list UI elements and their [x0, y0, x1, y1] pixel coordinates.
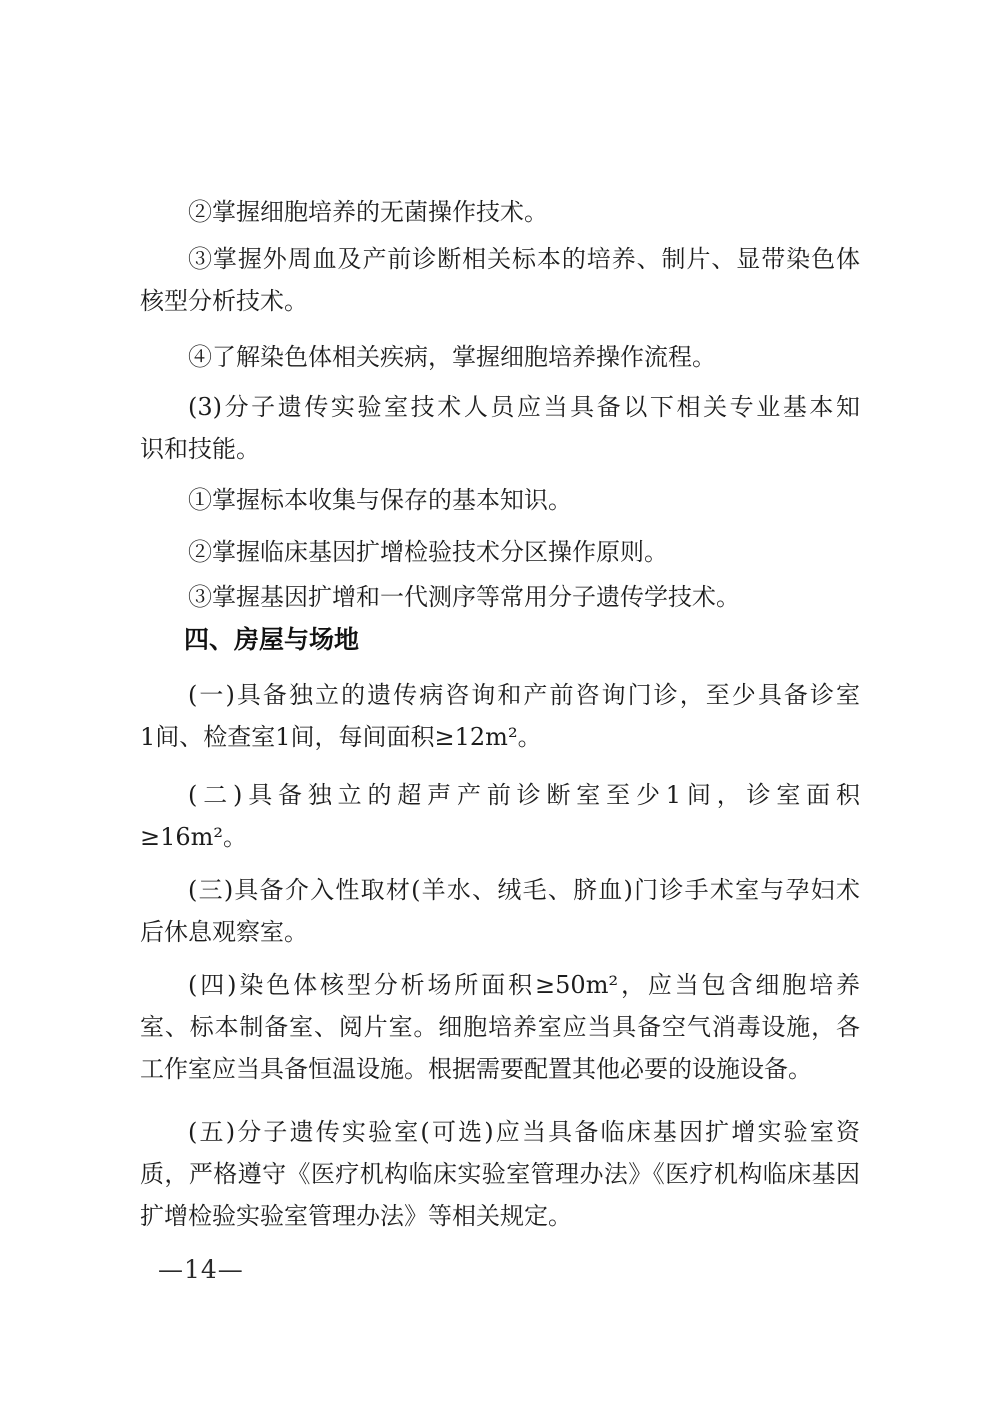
- text-line: (3)分子遗传实验室技术人员应当具备以下相关专业基本知: [140, 386, 860, 428]
- text-line: 扩增检验实验室管理办法》等相关规定。: [140, 1195, 860, 1237]
- text-line: 核型分析技术。: [140, 280, 860, 322]
- text-line: ④了解染色体相关疾病，掌握细胞培养操作流程。: [140, 336, 860, 378]
- section-heading-text: 四、房屋与场地: [140, 619, 860, 661]
- text-line: 识和技能。: [140, 428, 860, 470]
- para-interventional-sampling-room: (三)具备介入性取材(羊水、绒毛、脐血)门诊手术室与孕妇术 后休息观察室。: [140, 869, 860, 953]
- document-body: ②掌握细胞培养的无菌操作技术。 ③掌握外周血及产前诊断相关标本的培养、制片、显带…: [140, 191, 860, 1237]
- para-molecular-lab-staff: (3)分子遗传实验室技术人员应当具备以下相关专业基本知 识和技能。: [140, 386, 860, 470]
- text-line: (二)具备独立的超声产前诊断室至少1间，诊室面积: [140, 774, 860, 816]
- text-line: (五)分子遗传实验室(可选)应当具备临床基因扩增实验室资: [140, 1111, 860, 1153]
- text-line: ③掌握外周血及产前诊断相关标本的培养、制片、显带染色体: [140, 238, 860, 280]
- para-pcr-zoning-rules: ②掌握临床基因扩增检验技术分区操作原则。: [140, 531, 860, 573]
- text-line: ②掌握细胞培养的无菌操作技术。: [140, 191, 860, 233]
- text-line: ①掌握标本收集与保存的基本知识。: [140, 479, 860, 521]
- text-line: 后休息观察室。: [140, 911, 860, 953]
- document-page: ②掌握细胞培养的无菌操作技术。 ③掌握外周血及产前诊断相关标本的培养、制片、显带…: [0, 0, 1000, 1414]
- para-ultrasound-diagnosis-room: (二)具备独立的超声产前诊断室至少1间，诊室面积 ≥16m²。: [140, 774, 860, 858]
- para-specimen-collection: ①掌握标本收集与保存的基本知识。: [140, 479, 860, 521]
- text-line: (四)染色体核型分析场所面积≥50m²，应当包含细胞培养: [140, 964, 860, 1006]
- heading-housing-and-site: 四、房屋与场地: [140, 619, 860, 661]
- text-line: 1间、检查室1间，每间面积≥12m²。: [140, 716, 860, 758]
- text-line: 室、标本制备室、阅片室。细胞培养室应当具备空气消毒设施，各: [140, 1006, 860, 1048]
- para-chromosome-disease: ④了解染色体相关疾病，掌握细胞培养操作流程。: [140, 336, 860, 378]
- para-gene-amplification-sequencing: ③掌握基因扩增和一代测序等常用分子遗传学技术。: [140, 576, 860, 618]
- text-line: ②掌握临床基因扩增检验技术分区操作原则。: [140, 531, 860, 573]
- text-line: (三)具备介入性取材(羊水、绒毛、脐血)门诊手术室与孕妇术: [140, 869, 860, 911]
- text-line: ≥16m²。: [140, 816, 860, 858]
- para-molecular-lab-optional: (五)分子遗传实验室(可选)应当具备临床基因扩增实验室资 质，严格遵守《医疗机构…: [140, 1111, 860, 1237]
- para-genetic-counseling-clinic: (一)具备独立的遗传病咨询和产前咨询门诊，至少具备诊室 1间、检查室1间，每间面…: [140, 674, 860, 758]
- text-line: ③掌握基因扩增和一代测序等常用分子遗传学技术。: [140, 576, 860, 618]
- para-karyotype-analysis-area: (四)染色体核型分析场所面积≥50m²，应当包含细胞培养 室、标本制备室、阅片室…: [140, 964, 860, 1090]
- text-line: 工作室应当具备恒温设施。根据需要配置其他必要的设施设备。: [140, 1048, 860, 1090]
- text-line: 质，严格遵守《医疗机构临床实验室管理办法》《医疗机构临床基因: [140, 1153, 860, 1195]
- page-number: —14—: [158, 1254, 244, 1286]
- para-aseptic-technique: ②掌握细胞培养的无菌操作技术。: [140, 191, 860, 233]
- para-peripheral-blood-karyotype: ③掌握外周血及产前诊断相关标本的培养、制片、显带染色体 核型分析技术。: [140, 238, 860, 322]
- text-line: (一)具备独立的遗传病咨询和产前咨询门诊，至少具备诊室: [140, 674, 860, 716]
